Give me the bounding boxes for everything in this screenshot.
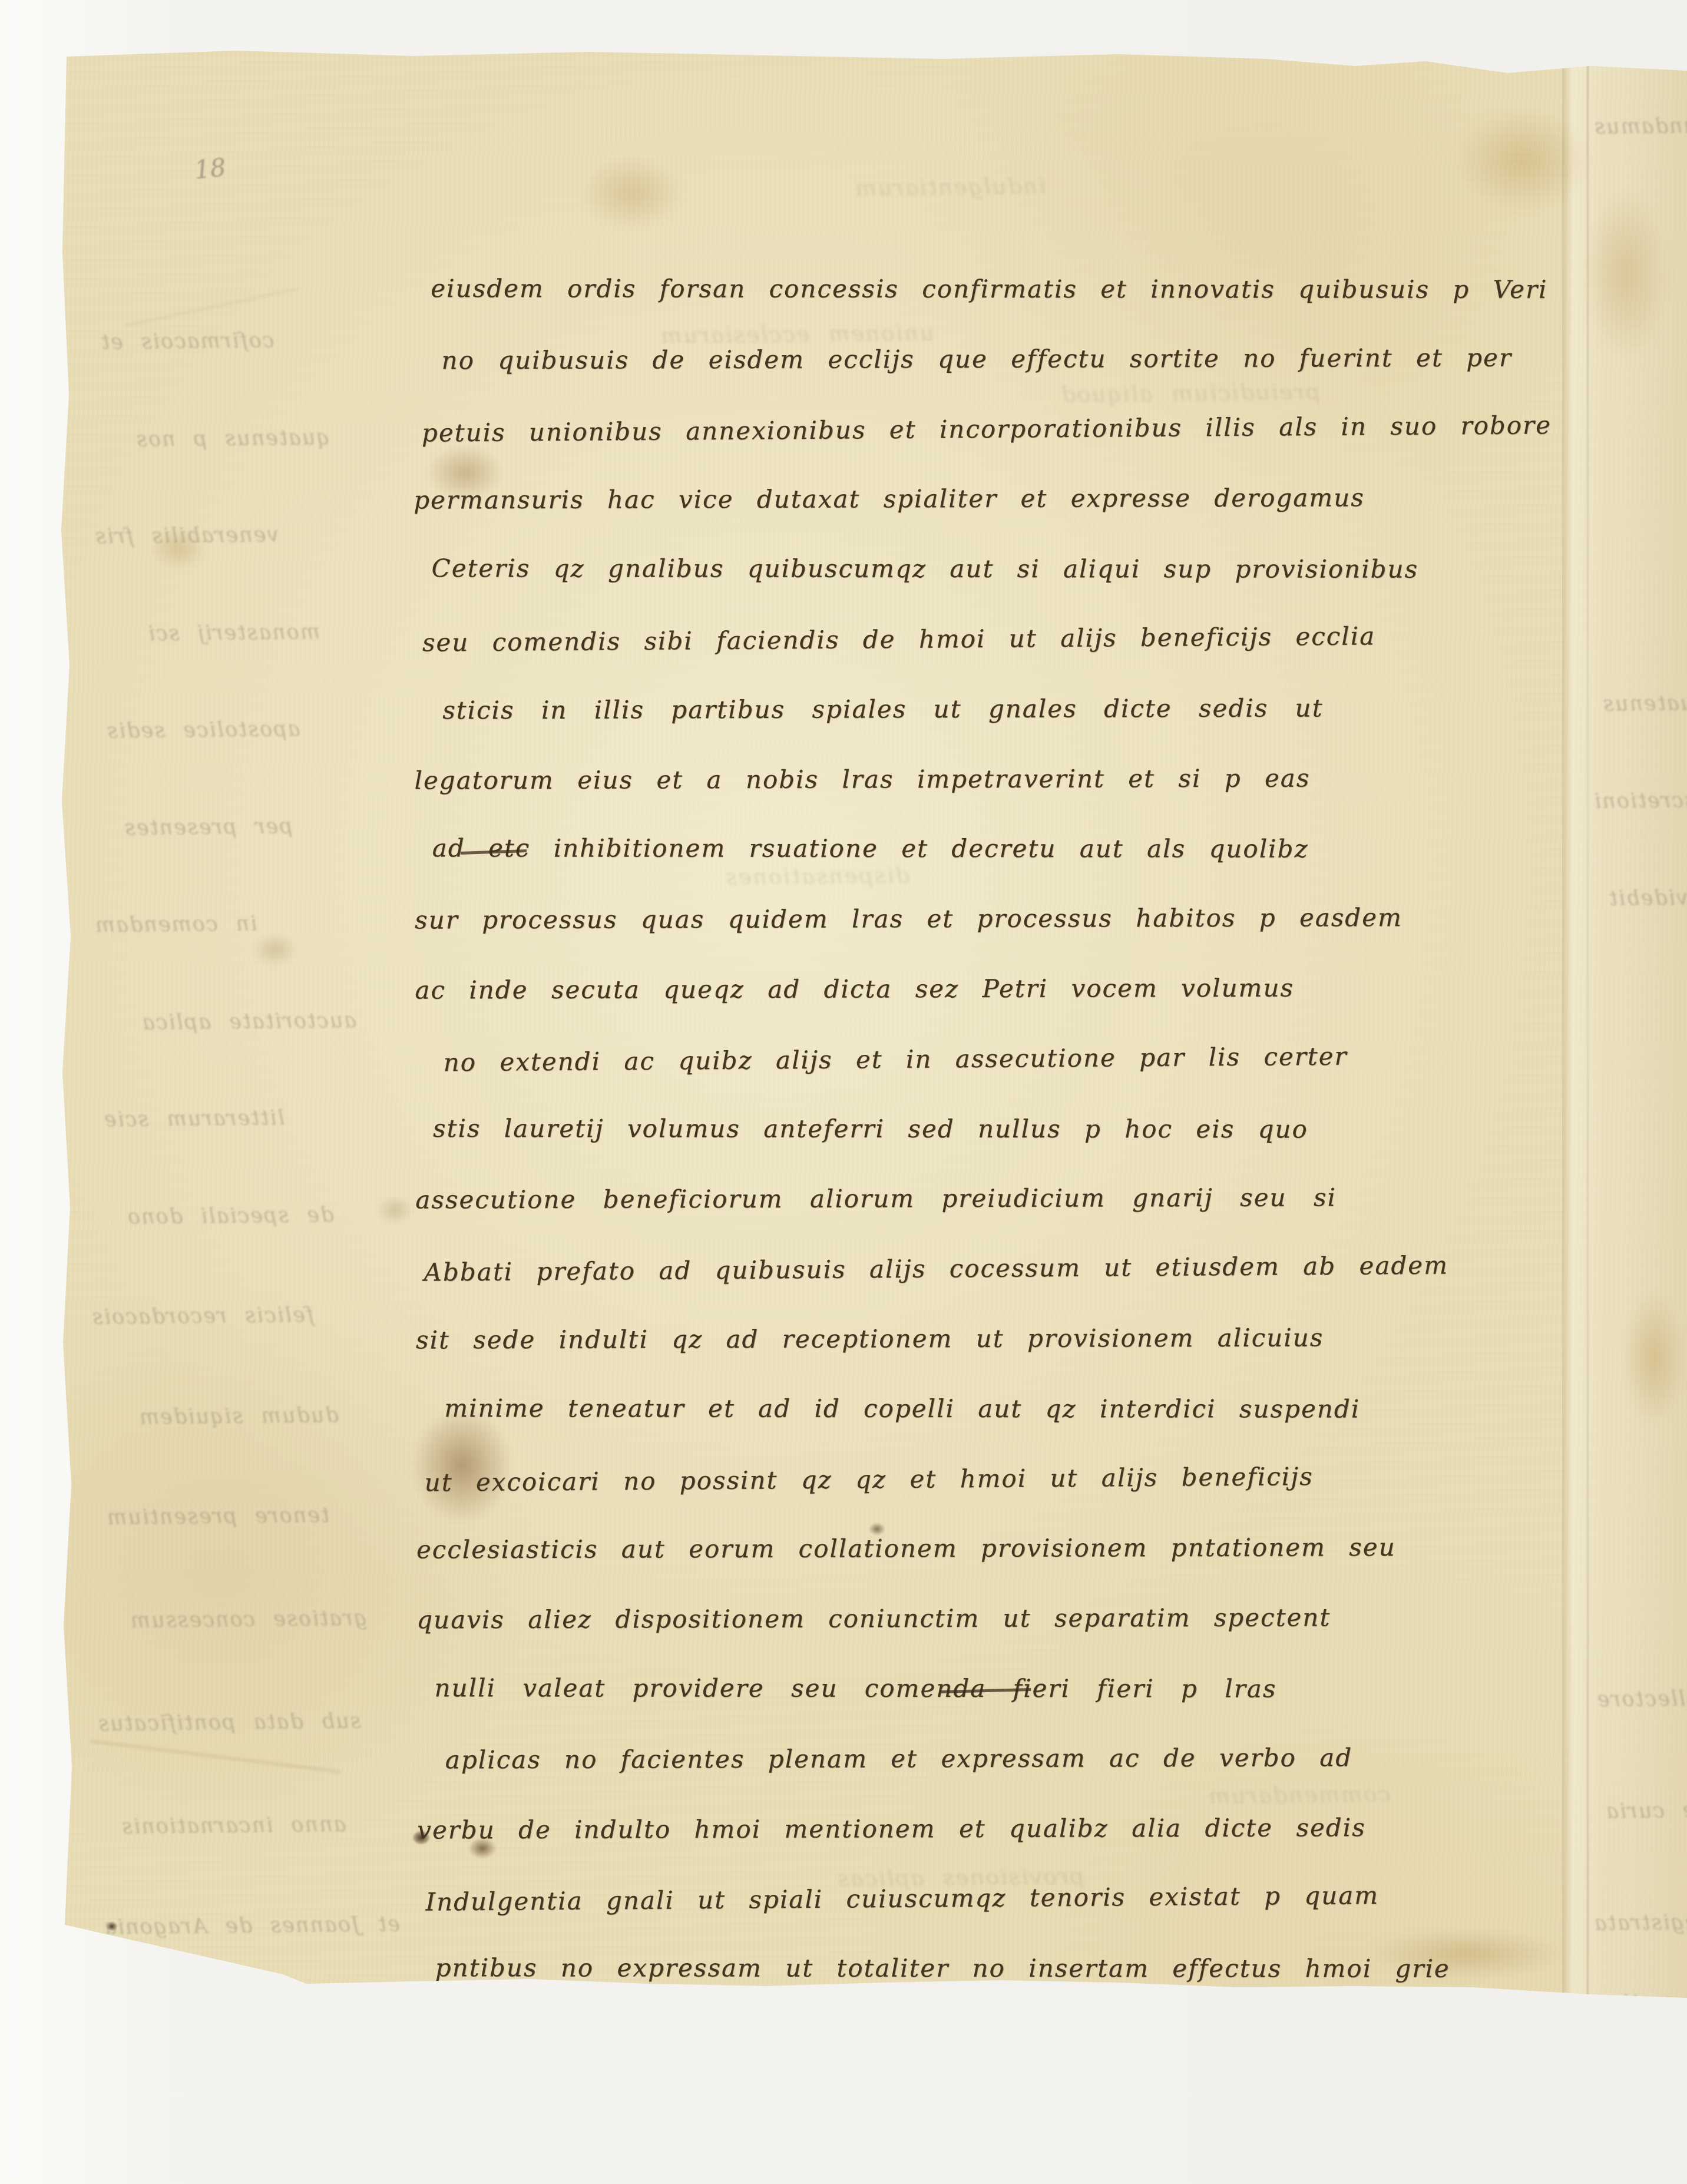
show-through-line: indulgentiarum [854,173,1046,200]
manuscript-line: Ceteris qz gnalibus quibuscumqz aut si a… [414,534,1530,604]
show-through-line: apostolice sedis [106,717,300,743]
manuscript-line: sticis in illis partibus spiales ut gnal… [414,673,1530,746]
manuscript-line: ut excoicari no possint qz qz et hmoi ut… [416,1440,1533,1518]
manuscript-line: pntibus no expressam ut totaliter no ins… [418,1933,1534,2004]
show-through-line: quatenus [1602,691,1687,716]
show-through-line: sub data pontificatus [97,1710,361,1736]
manuscript-line: aplicas no facientes plenam et expressam… [417,1722,1533,1795]
show-through-line: de curia [1605,1799,1687,1824]
manuscript-line: ecclesiasticis aut eorum collationem pro… [416,1513,1533,1586]
scan-background: 18 cofirmacois et quatenus p nos venerab… [0,0,1687,2184]
manuscript-line: minime teneatur et ad id copelli aut qz … [416,1374,1532,1444]
show-through-line: dudum siquidem [138,1404,339,1429]
manuscript-line: Indulgentia gnali ut spiali cuiuscumqz t… [417,1860,1534,1938]
show-through-line: et Joannes de Aragonia [103,1912,400,1939]
manuscript-line: Abbati prefato ad quibusuis alijs cocess… [415,1230,1532,1308]
stain [580,156,683,230]
manuscript-line: permansuris hac vice dutaxat spialiter e… [414,463,1530,536]
paper-wrinkle [89,1740,340,1773]
manuscript-text-block: eiusdem ordis forsan concessis confirmat… [413,253,1534,2006]
fold-crease-line [1587,59,1589,1997]
stain [1455,109,1590,212]
manuscript-line: legatorum eius et a nobis lras impetrave… [414,743,1530,816]
manuscript-line: seu comendis sibi faciendis de hmoi ut a… [414,600,1530,678]
stain [253,934,297,966]
show-through-line: anno incarnationis [121,1813,346,1839]
show-through-line: registrata [1593,1911,1687,1935]
show-through-line: mandamus [1593,114,1687,139]
show-through-line: tenore presentium [106,1504,329,1530]
show-through-line: de speciali dono [127,1203,334,1229]
show-through-line: venerabilis fris [94,523,279,548]
show-through-line: cofirmacois et [100,329,274,354]
show-through-line: discretioni [1593,789,1687,813]
stain [377,1196,414,1224]
show-through-line: monasterij sci [147,620,320,646]
manuscript-line: ad etc inhibitionem rsuatione et decretu… [415,814,1531,885]
show-through-line: collectore [1596,1687,1687,1712]
show-through-line: gratiose concessum [130,1607,368,1633]
show-through-line: felicis recordacois [91,1303,314,1329]
manuscript-line: no quibusuis de eisdem ecclijs que effec… [413,323,1529,396]
show-through-line: litterarum scie [103,1106,285,1131]
stain [1623,1290,1685,1425]
show-through-line: per presentes [124,815,293,840]
stain [1585,188,1667,359]
manuscript-line: assecutione beneficiorum aliorum preiudi… [415,1163,1531,1236]
manuscript-line: stis lauretij volumus anteferri sed null… [415,1094,1531,1164]
manuscript-line: nulli valeat providere seu comenda fieri… [416,1653,1533,1724]
show-through-line: gratis [1611,1990,1679,2014]
manuscript-line: verbu de indulto hmoi mentionem et quali… [417,1792,1533,1865]
manuscript-line: no extendi ac quibz alijs et in assecuti… [415,1020,1531,1098]
manuscript-line: sur processus quas quidem lras et proces… [415,883,1531,956]
paper-wrinkle [125,288,299,326]
manuscript-page: 18 cofirmacois et quatenus p nos venerab… [0,0,1687,2184]
show-through-line: auctoritate aplica [141,1009,356,1035]
manuscript-line: eiusdem ordis forsan concessis confirmat… [413,254,1529,325]
page-number: 18 [193,153,227,184]
show-through-line: in comendam [94,912,257,938]
show-through-line: quatenus p nos [135,426,330,451]
manuscript-line: ac inde secuta queqz ad dicta sez Petri … [415,952,1531,1025]
show-through-line: providebit [1608,886,1687,911]
manuscript-line: petuis unionibus annexionibus et incorpo… [413,391,1530,468]
manuscript-line: quavis aliez dispositionem coniunctim ut… [416,1583,1533,1656]
manuscript-line: sit sede indulti qz ad receptionem ut pr… [416,1302,1532,1375]
